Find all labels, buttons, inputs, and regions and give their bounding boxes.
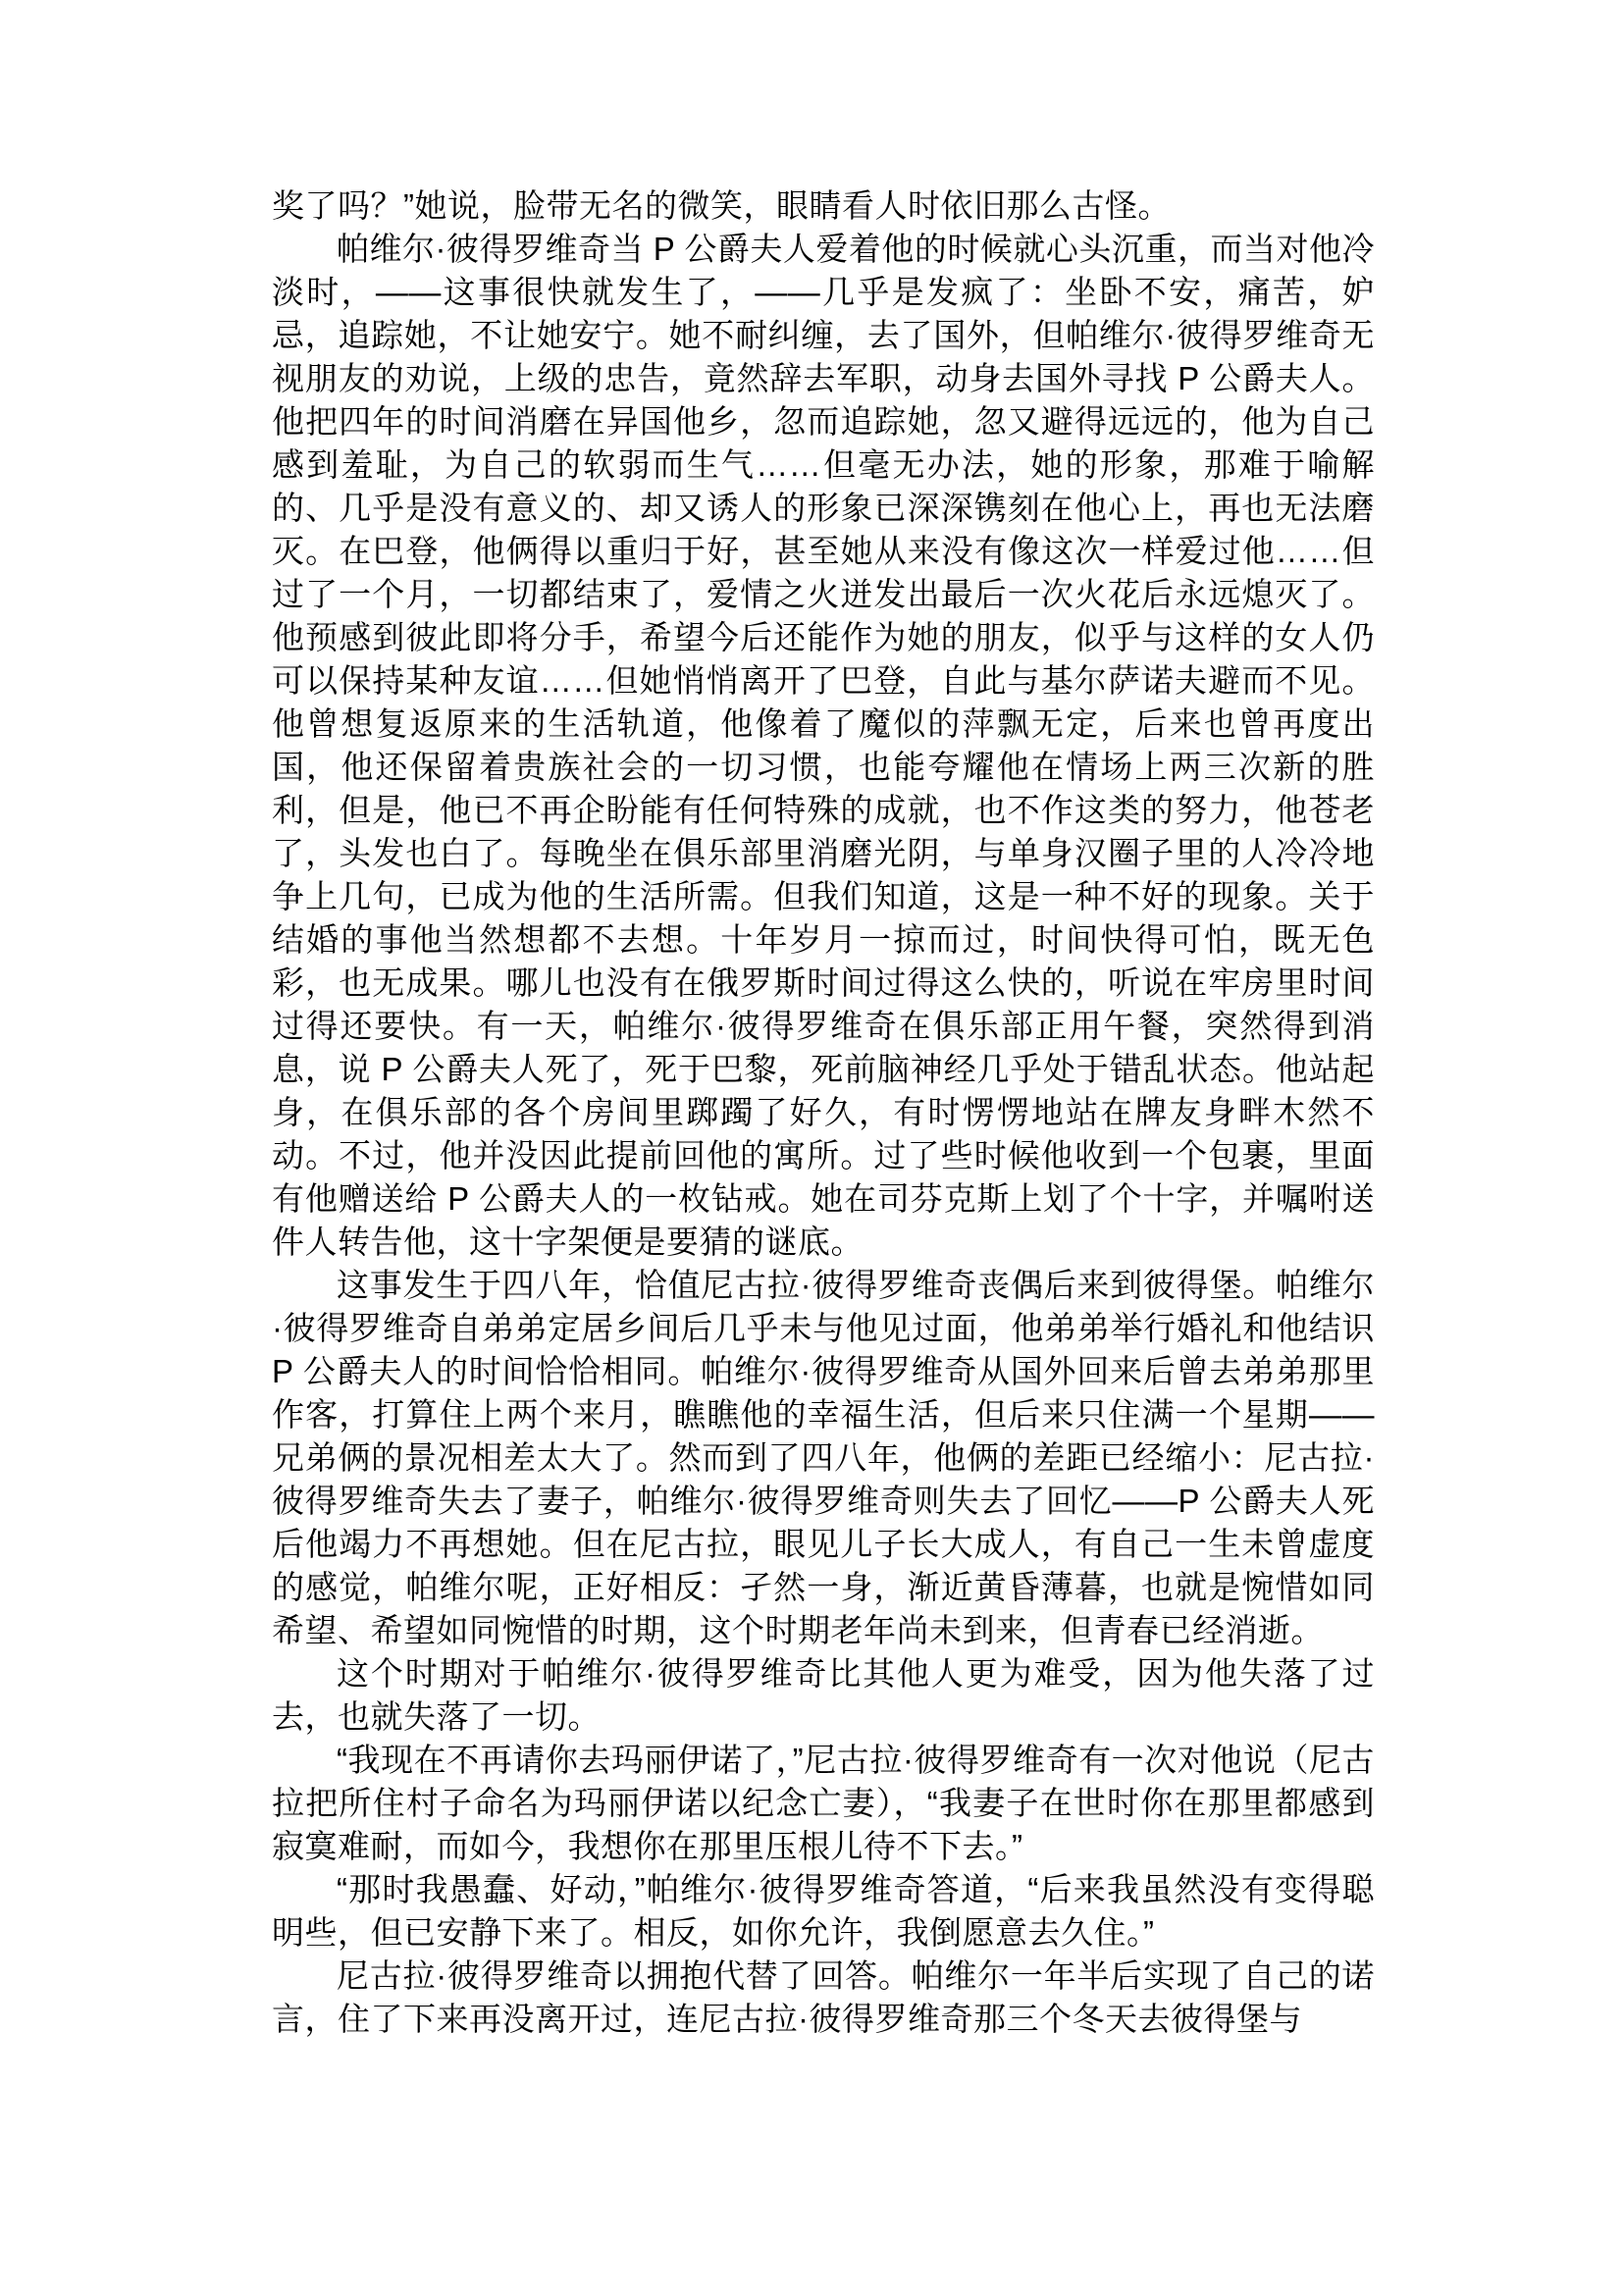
paragraph: “那时我愚蠢、好动，”帕维尔·彼得罗维奇答道，“后来我虽然没有变得聪明些，但已安… [272,1868,1375,1955]
document-page: 奖了吗？”她说，脸带无名的微笑，眼睛看人时依旧那么古怪。 帕维尔·彼得罗维奇当 … [0,0,1624,2294]
paragraph: 帕维尔·彼得罗维奇当 P 公爵夫人爱着他的时候就心头沉重，而当对他冷淡时，——这… [272,228,1375,1264]
text-block: 奖了吗？”她说，脸带无名的微笑，眼睛看人时依旧那么古怪。 帕维尔·彼得罗维奇当 … [272,184,1375,2041]
paragraph: 奖了吗？”她说，脸带无名的微笑，眼睛看人时依旧那么古怪。 [272,184,1375,228]
paragraph: 尼古拉·彼得罗维奇以拥抱代替了回答。帕维尔一年半后实现了自己的诺言，住了下来再没… [272,1955,1375,2041]
paragraph: “我现在不再请你去玛丽伊诺了，”尼古拉·彼得罗维奇有一次对他说（尼古拉把所住村子… [272,1739,1375,1868]
paragraph: 这事发生于四八年，恰值尼古拉·彼得罗维奇丧偶后来到彼得堡。帕维尔·彼得罗维奇自弟… [272,1264,1375,1652]
paragraph: 这个时期对于帕维尔·彼得罗维奇比其他人更为难受，因为他失落了过去，也就失落了一切… [272,1652,1375,1739]
